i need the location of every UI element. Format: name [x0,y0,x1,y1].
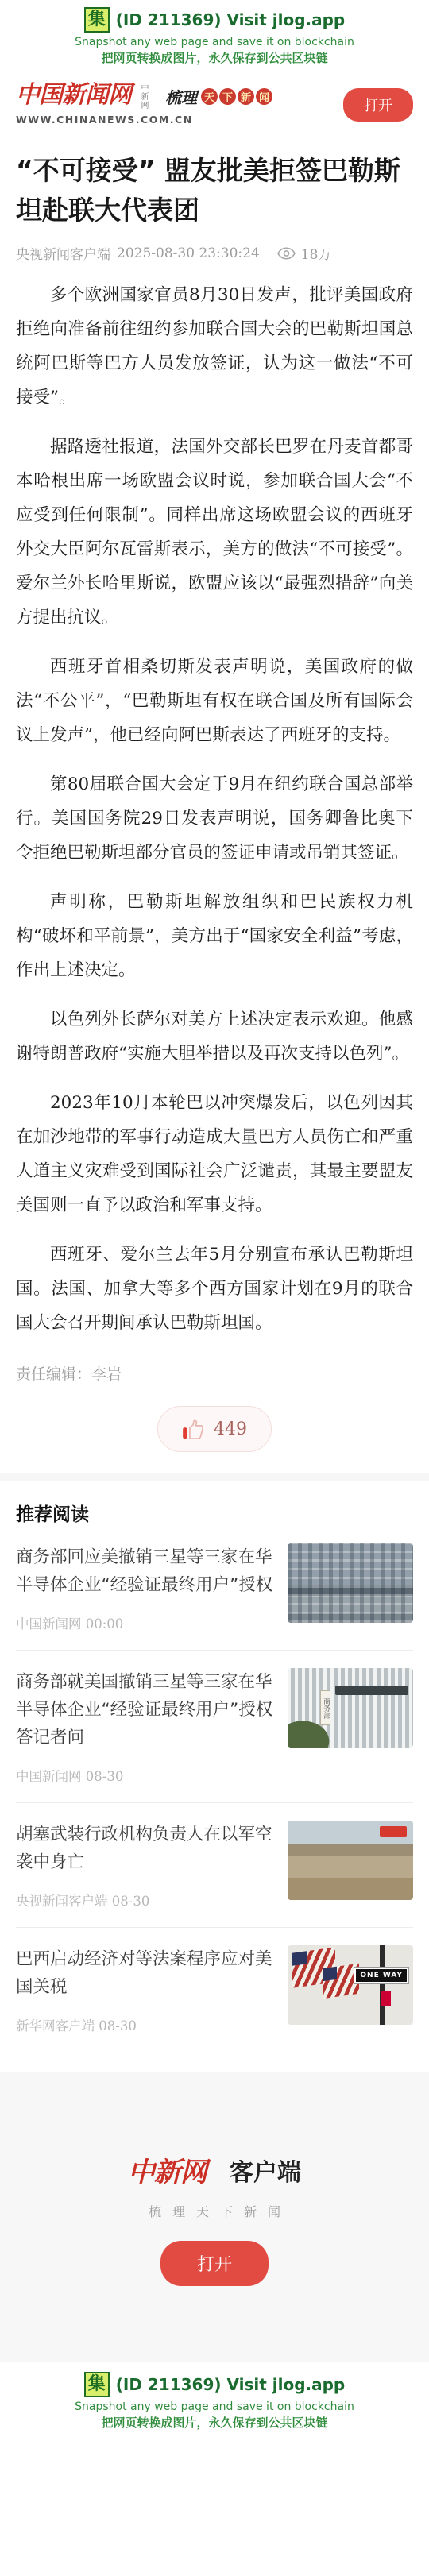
thumbnail-us-flags: ONE WAY [288,1945,413,2025]
thumbs-up-icon [182,1418,206,1440]
article-title: “不可接受” 盟友批美拒签巴勒斯坦赴联大代表团 [16,151,413,230]
recommend-item-source: 央视新闻客户端 08-30 [16,1890,275,1910]
ad-title: (ID 211369) Visit jlog.app [116,10,346,29]
ad-subtitle-en: Snapshot any web page and save it on blo… [0,36,429,48]
jlog-chip-icon: 集 [84,7,110,33]
paragraph: 第80届联合国大会定于9月在纽约联合国总部举行。美国国务院29日发表声明说，国务… [16,767,413,870]
tagline-badge: 天 [201,88,218,105]
recommend-item[interactable]: 商务部回应美撤销三星等三家在华半导体企业“经验证最终用户”授权 中国新闻网 00… [16,1526,413,1651]
blockchain-ad-banner-bottom[interactable]: 集 (ID 211369) Visit jlog.app Snapshot an… [0,2362,429,2437]
article-source: 央视新闻客户端 [16,243,110,263]
paragraph: 西班牙、爱尔兰去年5月分别宣布承认巴勒斯坦国。法国、加拿大等多个西方国家计划在9… [16,1238,413,1340]
recommend-item[interactable]: 胡塞武装行政机构负责人在以军空袭中身亡 央视新闻客户端 08-30 [16,1803,413,1928]
article: “不可接受” 盟友批美拒签巴勒斯坦赴联大代表团 央视新闻客户端 2025-08-… [0,151,429,1452]
ad-subtitle-zh: 把网页转换成图片，永久保存到公共区块链 [0,49,429,66]
recommend-item-source: 中国新闻网 08-30 [16,1766,275,1785]
thumbnail-mofcom-building [288,1543,413,1623]
recommend-item-title: 胡塞武装行政机构负责人在以军空袭中身亡 [16,1821,275,1876]
ad-title: (ID 211369) Visit jlog.app [116,2375,346,2394]
one-way-sign: ONE WAY [354,1968,408,1983]
recommend-item-source: 中国新闻网 00:00 [16,1613,275,1632]
jlog-chip-icon: 集 [84,2372,110,2397]
footer-app-promo: 中新网 客户端 梳理天下新闻 打开 [0,2072,429,2362]
article-meta: 央视新闻客户端 2025-08-30 23:30:24 18万 [16,243,413,263]
recommend-item[interactable]: 商务部就美国撤销三星等三家在华半导体企业“经验证最终用户”授权答记者问 中国新闻… [16,1651,413,1803]
tagline: 梳理 天 下 新 闻 [165,85,272,108]
article-datetime: 2025-08-30 23:30:24 [117,245,260,261]
chinanews-logo: 中国新闻网 [16,83,131,107]
view-count: 18万 [301,243,332,263]
open-app-button-header[interactable]: 打开 [343,88,413,122]
editor-line: 责任编辑：李岩 [16,1362,413,1384]
thumbnail-mofcom-gate: 商务部 [288,1668,413,1748]
tagline-prefix: 梳理 [165,85,197,108]
site-header: 中国新闻网 中新网 梳理 天 下 新 闻 WWW.CHINANEWS.COM.C… [0,72,429,133]
tagline-badge: 闻 [256,88,272,105]
recommend-item-title: 商务部回应美撤销三星等三家在华半导体企业“经验证最终用户”授权 [16,1543,275,1599]
like-button[interactable]: 449 [157,1406,272,1452]
chinanews-url: WWW.CHINANEWS.COM.CN [16,114,272,126]
paragraph: 据路透社报道，法国外交部长巴罗在丹麦首都哥本哈根出席一场欧盟会议时说，参加联合国… [16,430,413,635]
recommend-item-title: 商务部就美国撤销三星等三家在华半导体企业“经验证最终用户”授权答记者问 [16,1668,275,1751]
paragraph: 以色列外长萨尔对美方上述决定表示欢迎。他感谢特朗普政府“实施大胆举措以及再次支持… [16,1002,413,1071]
open-app-button-footer[interactable]: 打开 [160,2241,269,2286]
ad-subtitle-en: Snapshot any web page and save it on blo… [0,2400,429,2413]
eye-icon [277,247,296,260]
tagline-badge: 下 [219,88,236,105]
gate-sign: 商务部 [320,1690,330,1725]
video-badge [380,1826,407,1837]
blockchain-ad-banner-top[interactable]: 集 (ID 211369) Visit jlog.app Snapshot an… [0,0,429,72]
footer-logo-client: 客户端 [230,2153,301,2188]
ad-subtitle-zh: 把网页转换成图片，永久保存到公共区块链 [0,2414,429,2431]
chinanews-seal: 中新网 [139,83,148,110]
paragraph: 多个欧洲国家官员8月30日发声，批评美国政府拒绝向准备前往纽约参加联合国大会的巴… [16,278,413,415]
section-divider [0,1473,429,1481]
recommend-item-source: 新华网客户端 08-30 [16,2015,275,2034]
recommend-item[interactable]: 巴西启动经济对等法案程序应对美国关税 新华网客户端 08-30 ONE WAY [16,1928,413,2052]
thumbnail-city-panorama [288,1821,413,1900]
like-count: 449 [214,1419,247,1439]
paragraph: 西班牙首相桑切斯发表声明说，美国政府的做法“不公平”，“巴勒斯坦有权在联合国及所… [16,650,413,752]
paragraph: 声明称，巴勒斯坦解放组织和巴民族权力机构“破坏和平前景”，美方出于“国家安全利益… [16,885,413,987]
tagline-badge: 新 [238,88,254,105]
recommend-item-title: 巴西启动经济对等法案程序应对美国关税 [16,1945,275,2001]
footer-logo-divider [218,2158,218,2182]
recommend-section: 推荐阅读 商务部回应美撤销三星等三家在华半导体企业“经验证最终用户”授权 中国新… [0,1481,429,2072]
paragraph: 2023年10月本轮巴以冲突爆发后，以色列因其在加沙地带的军事行动造成大量巴方人… [16,1086,413,1222]
recommend-header: 推荐阅读 [16,1495,413,1526]
article-body: 多个欧洲国家官员8月30日发声，批评美国政府拒绝向准备前往纽约参加联合国大会的巴… [16,278,413,1340]
footer-logo: 中新网 [128,2150,207,2189]
footer-tagline: 梳理天下新闻 [0,2202,429,2220]
